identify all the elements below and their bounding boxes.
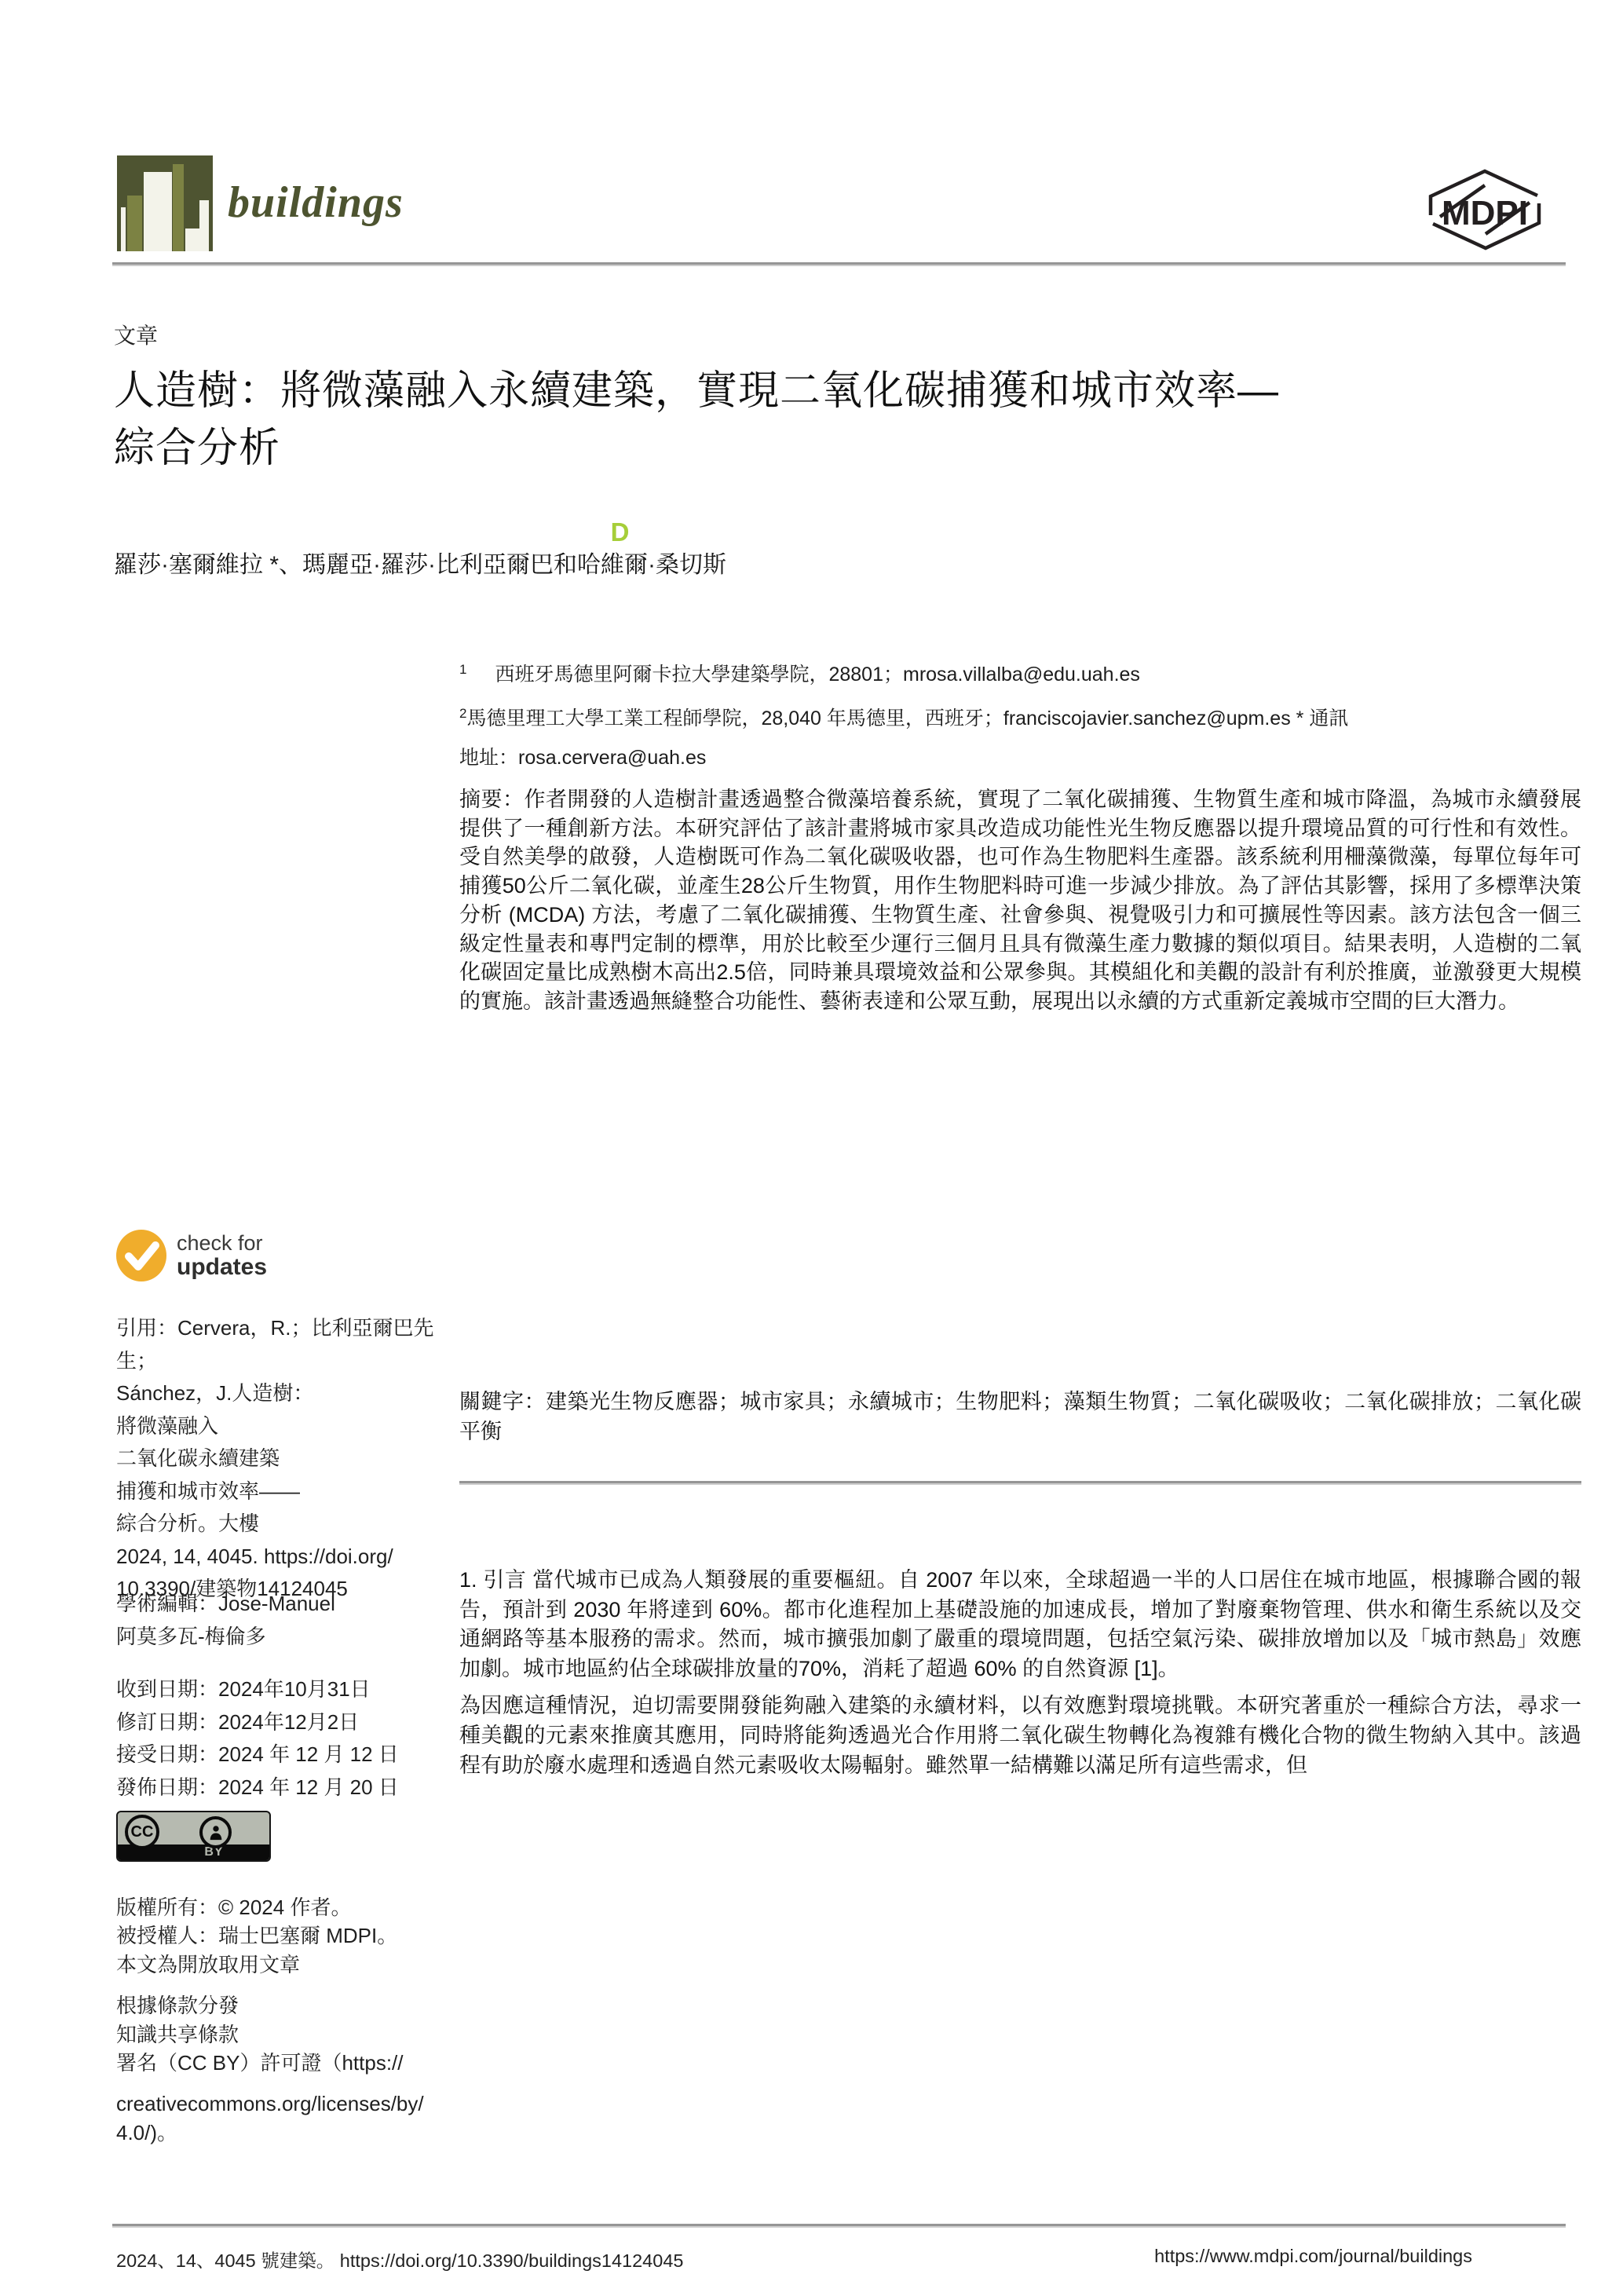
accepted-date: 接受日期：2024 年 12 月 12 日	[116, 1738, 477, 1771]
license-url-line: 4.0/)。	[116, 2119, 477, 2147]
article-dates-block: 收到日期：2024年10月31日 修訂日期：2024年12月2日 接受日期：20…	[116, 1673, 477, 1804]
editor-line: 阿莫多瓦-梅倫多	[116, 1620, 462, 1653]
copyright-line: 被授權人：瑞士巴塞爾 MDPI。	[116, 1921, 477, 1950]
license-url-line[interactable]: creativecommons.org/licenses/by/	[116, 2089, 477, 2118]
citation-doi-line[interactable]: 2024, 14, 4045. https://doi.org/	[116, 1541, 462, 1574]
intro-paragraph-2: 為因應這種情況，迫切需要開發能夠融入建築的永續材料，以有效應對環境挑戰。本研究著…	[459, 1691, 1581, 1780]
affiliation-line-2: 2馬德里理工大學工業工程師學院，28,040 年馬德里，西班牙；francisc…	[459, 694, 1582, 738]
introduction-section: 1. 引言 當代城市已成為人類發展的重要樞紐。自 2007 年以來，全球超過一半…	[459, 1566, 1581, 1788]
buildings-journal-logo-icon	[117, 155, 213, 251]
mdpi-logo: MDPI	[1423, 168, 1547, 251]
check-icon	[116, 1230, 166, 1281]
attribution-person-icon	[199, 1816, 232, 1848]
license-line: 署名（CC BY）許可證（https://	[116, 2049, 477, 2077]
citation-line: 引用：Cervera，R.；比利亞爾巴先生；	[116, 1312, 462, 1377]
check-for-updates-badge[interactable]: check for updates	[116, 1230, 267, 1281]
license-terms-group: 根據條款分發 知識共享條款 署名（CC BY）許可證（https://	[116, 1991, 477, 2077]
logo-building-bar	[121, 207, 126, 251]
license-url-group: creativecommons.org/licenses/by/ 4.0/)。	[116, 2089, 477, 2147]
citation-line: 綜合分析。大樓	[116, 1508, 462, 1541]
license-line: 根據條款分發	[116, 1991, 477, 2020]
copyright-line: 版權所有：© 2024 作者。	[116, 1893, 477, 1921]
affiliation-text-1: 西班牙馬德里阿爾卡拉大學建築學院，28801；mrosa.villalba@ed…	[495, 664, 1139, 686]
license-line: 知識共享條款	[116, 2020, 477, 2049]
header-divider	[112, 262, 1566, 266]
mdpi-logotype: MDPI	[1442, 194, 1528, 232]
crossmark-check-icon	[116, 1230, 166, 1281]
keywords-divider	[459, 1481, 1581, 1485]
article-title-line-1: 人造樹：將微藻融入永續建築，實現二氧化碳捕獲和城市效率—	[114, 363, 1496, 420]
article-type-label: 文章	[114, 319, 158, 350]
citation-block: 引用：Cervera，R.；比利亞爾巴先生； Sánchez，J.人造樹： 將微…	[116, 1312, 462, 1606]
logo-building-bar	[144, 172, 171, 251]
check-badge-label-line-2: updates	[177, 1255, 267, 1280]
journal-logotype: buildings	[228, 177, 404, 228]
cc-by-license-badge[interactable]: CC BY	[116, 1811, 271, 1862]
copyright-line: 本文為開放取用文章	[116, 1951, 477, 1979]
orcid-icon[interactable]: D	[610, 520, 630, 544]
intro-paragraph-1: 1. 引言 當代城市已成為人類發展的重要樞紐。自 2007 年以來，全球超過一半…	[459, 1566, 1581, 1684]
revised-date: 修訂日期：2024年12月2日	[116, 1706, 477, 1739]
footer-divider	[112, 2224, 1566, 2228]
copyright-group: 版權所有：© 2024 作者。 被授權人：瑞士巴塞爾 MDPI。 本文為開放取用…	[116, 1893, 477, 1979]
affiliations-block: 1西班牙馬德里阿爾卡拉大學建築學院，28801；mrosa.villalba@e…	[459, 650, 1582, 777]
affiliation-text-2: 馬德里理工大學工業工程師學院，28,040 年馬德里，西班牙；francisco…	[466, 707, 1348, 729]
citation-line: 將微藻融入	[116, 1410, 462, 1443]
affiliation-line-3: 地址：rosa.cervera@uah.es	[459, 738, 1582, 777]
abstract-paragraph: 摘要：作者開發的人造樹計畫透過整合微藻培養系統，實現了二氧化碳捕獲、生物質生產和…	[459, 785, 1581, 1016]
logo-building-bar	[127, 196, 141, 251]
received-date: 收到日期：2024年10月31日	[116, 1673, 477, 1706]
check-badge-label-line-1: check for	[177, 1232, 267, 1255]
published-date: 發佈日期：2024 年 12 月 20 日	[116, 1771, 477, 1804]
mdpi-hexagon-icon: MDPI	[1423, 168, 1547, 251]
person-icon	[207, 1824, 225, 1841]
article-title: 人造樹：將微藻融入永續建築，實現二氧化碳捕獲和城市效率— 綜合分析	[114, 363, 1496, 477]
affiliation-line-1: 1西班牙馬德里阿爾卡拉大學建築學院，28801；mrosa.villalba@e…	[459, 650, 1582, 694]
logo-building-bar	[173, 164, 185, 251]
editor-line: 學術編輯：Jose-Manuel	[116, 1587, 462, 1620]
paper-page: buildings MDPI 文章 人造樹：將微藻融入永續建築，實現二氧化碳捕獲…	[0, 0, 1623, 2296]
citation-line: 二氧化碳永續建築	[116, 1442, 462, 1475]
affiliation-superscript-1: 1	[459, 662, 466, 677]
citation-line: 捕獲和城市效率——	[116, 1475, 462, 1508]
citation-line: Sánchez，J.人造樹：	[116, 1377, 462, 1410]
footer-citation-doi[interactable]: 2024、14、4045 號建築。 https://doi.org/10.339…	[116, 2246, 683, 2272]
academic-editor-block: 學術編輯：Jose-Manuel 阿莫多瓦-梅倫多	[116, 1587, 462, 1653]
keywords-paragraph: 關鍵字：建築光生物反應器；城市家具；永續城市；生物肥料；藻類生物質；二氧化碳吸收…	[459, 1387, 1581, 1446]
article-title-line-2: 綜合分析	[114, 420, 1496, 477]
logo-building-bar	[199, 200, 209, 251]
authors-line: 羅莎·塞爾維拉 *、瑪麗亞·羅莎·比利亞爾巴和哈維爾·桑切斯	[114, 545, 726, 579]
check-badge-label: check for updates	[177, 1232, 267, 1280]
copyright-block: 版權所有：© 2024 作者。 被授權人：瑞士巴塞爾 MDPI。 本文為開放取用…	[116, 1893, 477, 2159]
logo-building-bar	[185, 229, 199, 251]
cc-icon: CC	[125, 1815, 159, 1849]
footer-journal-url[interactable]: https://www.mdpi.com/journal/buildings	[1154, 2246, 1472, 2267]
